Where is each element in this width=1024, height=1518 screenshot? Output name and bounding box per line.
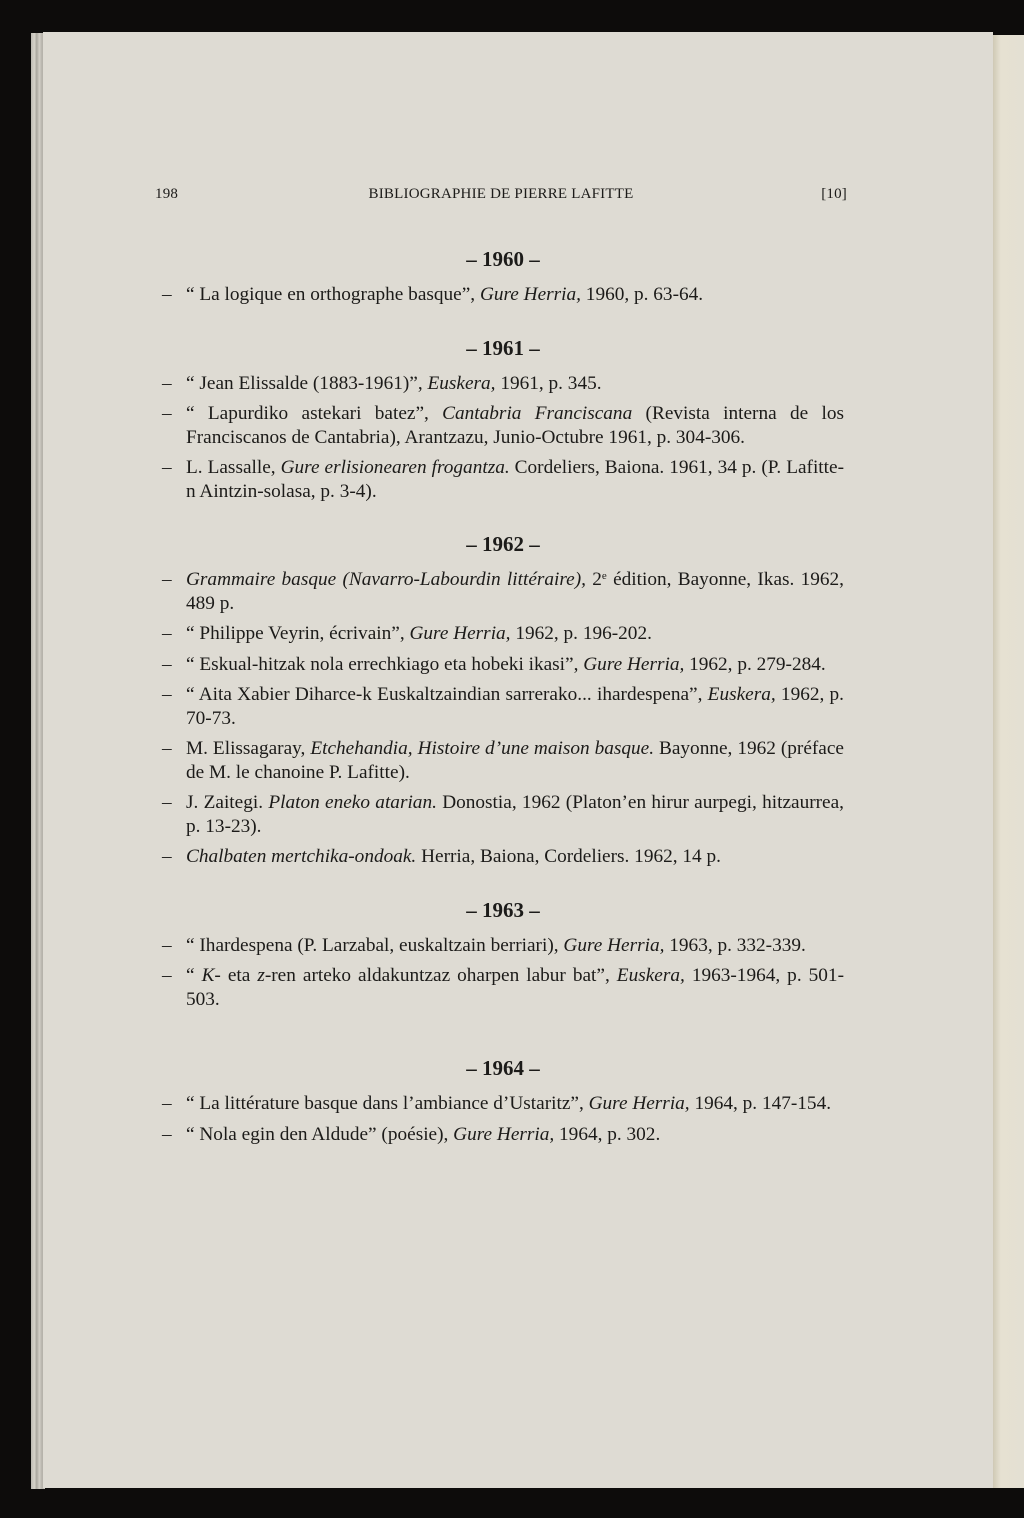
superscript: e <box>602 570 607 582</box>
entry-text: 1960, p. 63-64. <box>581 284 703 305</box>
italic-title: K- <box>202 965 221 986</box>
bibliography-entry: –“ Lapurdiko astekari batez”, Cantabria … <box>162 402 844 449</box>
entry-dash: – <box>162 1123 186 1147</box>
entry-text: “ Lapurdiko astekari batez”, <box>186 403 442 424</box>
entry-text: “ Jean Elissalde (1883-1961)”, <box>186 373 427 394</box>
running-title: BIBLIOGRAPHIE DE PIERRE LAFITTE <box>155 186 847 203</box>
facing-page-edge <box>993 35 1024 1488</box>
entry-dash: – <box>162 737 186 761</box>
entry-text: “ Philippe Veyrin, écrivain”, <box>186 623 409 644</box>
entry-text: “ Aita Xabier Diharce-k Euskaltzaindian … <box>186 684 708 705</box>
bibliography-entry: –“ K- eta z-ren arteko aldakuntzaz oharp… <box>162 964 844 1011</box>
entry-dash: – <box>162 622 186 646</box>
year-heading: – 1962 – <box>162 531 844 557</box>
italic-title: Gure Herria, <box>480 284 581 305</box>
entry-text: “ Ihardespena (P. Larzabal, euskaltzain … <box>186 935 563 956</box>
bibliography-entry: –“ Eskual-hitzak nola errechkiago eta ho… <box>162 653 844 677</box>
entry-text: Herria, Baiona, Cordeliers. 1962, 14 p. <box>416 846 721 867</box>
running-header: 198 BIBLIOGRAPHIE DE PIERRE LAFITTE [10] <box>155 186 847 208</box>
bibliography-entry: –“ La logique en orthographe basque”, Gu… <box>162 283 844 307</box>
italic-title: Cantabria Franciscana <box>442 403 632 424</box>
year-section-1961: – 1961 – –“ Jean Elissalde (1883-1961)”,… <box>162 335 844 504</box>
italic-title: Gure Herria, <box>589 1093 690 1114</box>
entry-dash: – <box>162 372 186 396</box>
italic-title: Etchehandia, Histoire d’une maison basqu… <box>310 738 654 759</box>
italic-title: Gure Herria, <box>563 935 664 956</box>
italic-title: Gure erlisionearen frogantza. <box>281 457 510 478</box>
year-heading: – 1960 – <box>162 246 844 272</box>
year-heading: – 1961 – <box>162 335 844 361</box>
bibliography-entry: –“ Nola egin den Aldude” (poésie), Gure … <box>162 1123 844 1147</box>
entry-text: 1962, p. 196-202. <box>511 623 652 644</box>
entry-text: 2 <box>586 569 602 590</box>
bibliography-entry: –“ Ihardespena (P. Larzabal, euskaltzain… <box>162 934 844 958</box>
italic-title: Gure Herria, <box>409 623 510 644</box>
entry-text: 1962, p. 279-284. <box>684 654 825 675</box>
italic-title: Platon eneko atarian. <box>268 792 437 813</box>
entry-dash: – <box>162 964 186 988</box>
bibliography-entry: –“ Philippe Veyrin, écrivain”, Gure Herr… <box>162 622 844 646</box>
italic-title: Gure Herria, <box>583 654 684 675</box>
entry-text: 1961, p. 345. <box>496 373 602 394</box>
italic-title: Euskera, <box>427 373 495 394</box>
entry-dash: – <box>162 653 186 677</box>
entry-dash: – <box>162 568 186 592</box>
entry-text: 1964, p. 147-154. <box>690 1093 831 1114</box>
italic-title: Euskera, <box>617 965 685 986</box>
entry-dash: – <box>162 934 186 958</box>
bibliography-entry: –“ Jean Elissalde (1883-1961)”, Euskera,… <box>162 372 844 396</box>
entry-dash: – <box>162 283 186 307</box>
entry-dash: – <box>162 845 186 869</box>
entry-text: eta <box>221 965 257 986</box>
year-section-1960: – 1960 – –“ La logique en orthographe ba… <box>162 246 844 307</box>
bibliography-entry: –Grammaire basque (Navarro-Labourdin lit… <box>162 568 844 615</box>
entry-text: “ Nola egin den Aldude” (poésie), <box>186 1124 453 1145</box>
entry-dash: – <box>162 683 186 707</box>
bibliography-body: – 1960 – –“ La logique en orthographe ba… <box>162 246 844 1174</box>
year-section-1964: – 1964 – –“ La littérature basque dans l… <box>162 1055 844 1146</box>
entry-dash: – <box>162 791 186 815</box>
italic-title: Chalbaten mertchika-ondoak. <box>186 846 416 867</box>
entry-text: “ <box>186 965 202 986</box>
italic-title: z <box>257 965 265 986</box>
bibliography-entry: –Chalbaten mertchika-ondoak. Herria, Bai… <box>162 845 844 869</box>
italic-title: Gure Herria, <box>453 1124 554 1145</box>
bibliography-entry: –“ Aita Xabier Diharce-k Euskaltzaindian… <box>162 683 844 730</box>
entry-text: “ La logique en orthographe basque”, <box>186 284 480 305</box>
italic-title: Euskera, <box>708 684 776 705</box>
entry-text: M. Elissagaray, <box>186 738 310 759</box>
entry-dash: – <box>162 1092 186 1116</box>
bibliography-entry: –M. Elissagaray, Etchehandia, Histoire d… <box>162 737 844 784</box>
italic-title: Grammaire basque (Navarro-Labourdin litt… <box>186 569 586 590</box>
year-section-1962: – 1962 – –Grammaire basque (Navarro-Labo… <box>162 531 844 869</box>
year-heading: – 1964 – <box>162 1055 844 1081</box>
entry-text: 1964, p. 302. <box>554 1124 660 1145</box>
entry-dash: – <box>162 456 186 480</box>
entry-text: “ Eskual-hitzak nola errechkiago eta hob… <box>186 654 583 675</box>
entry-dash: – <box>162 402 186 426</box>
year-section-1963: – 1963 – –“ Ihardespena (P. Larzabal, eu… <box>162 897 844 1012</box>
entry-text: J. Zaitegi. <box>186 792 268 813</box>
entry-text: -ren arteko aldakuntzaz oharpen labur ba… <box>265 965 617 986</box>
entry-text: L. Lassalle, <box>186 457 281 478</box>
bibliography-entry: –“ La littérature basque dans l’ambiance… <box>162 1092 844 1116</box>
bibliography-entry: –J. Zaitegi. Platon eneko atarian. Donos… <box>162 791 844 838</box>
year-heading: – 1963 – <box>162 897 844 923</box>
section-marker: [10] <box>821 186 847 203</box>
bibliography-entry: –L. Lassalle, Gure erlisionearen frogant… <box>162 456 844 503</box>
entry-text: “ La littérature basque dans l’ambiance … <box>186 1093 589 1114</box>
entry-text: 1963, p. 332-339. <box>664 935 805 956</box>
